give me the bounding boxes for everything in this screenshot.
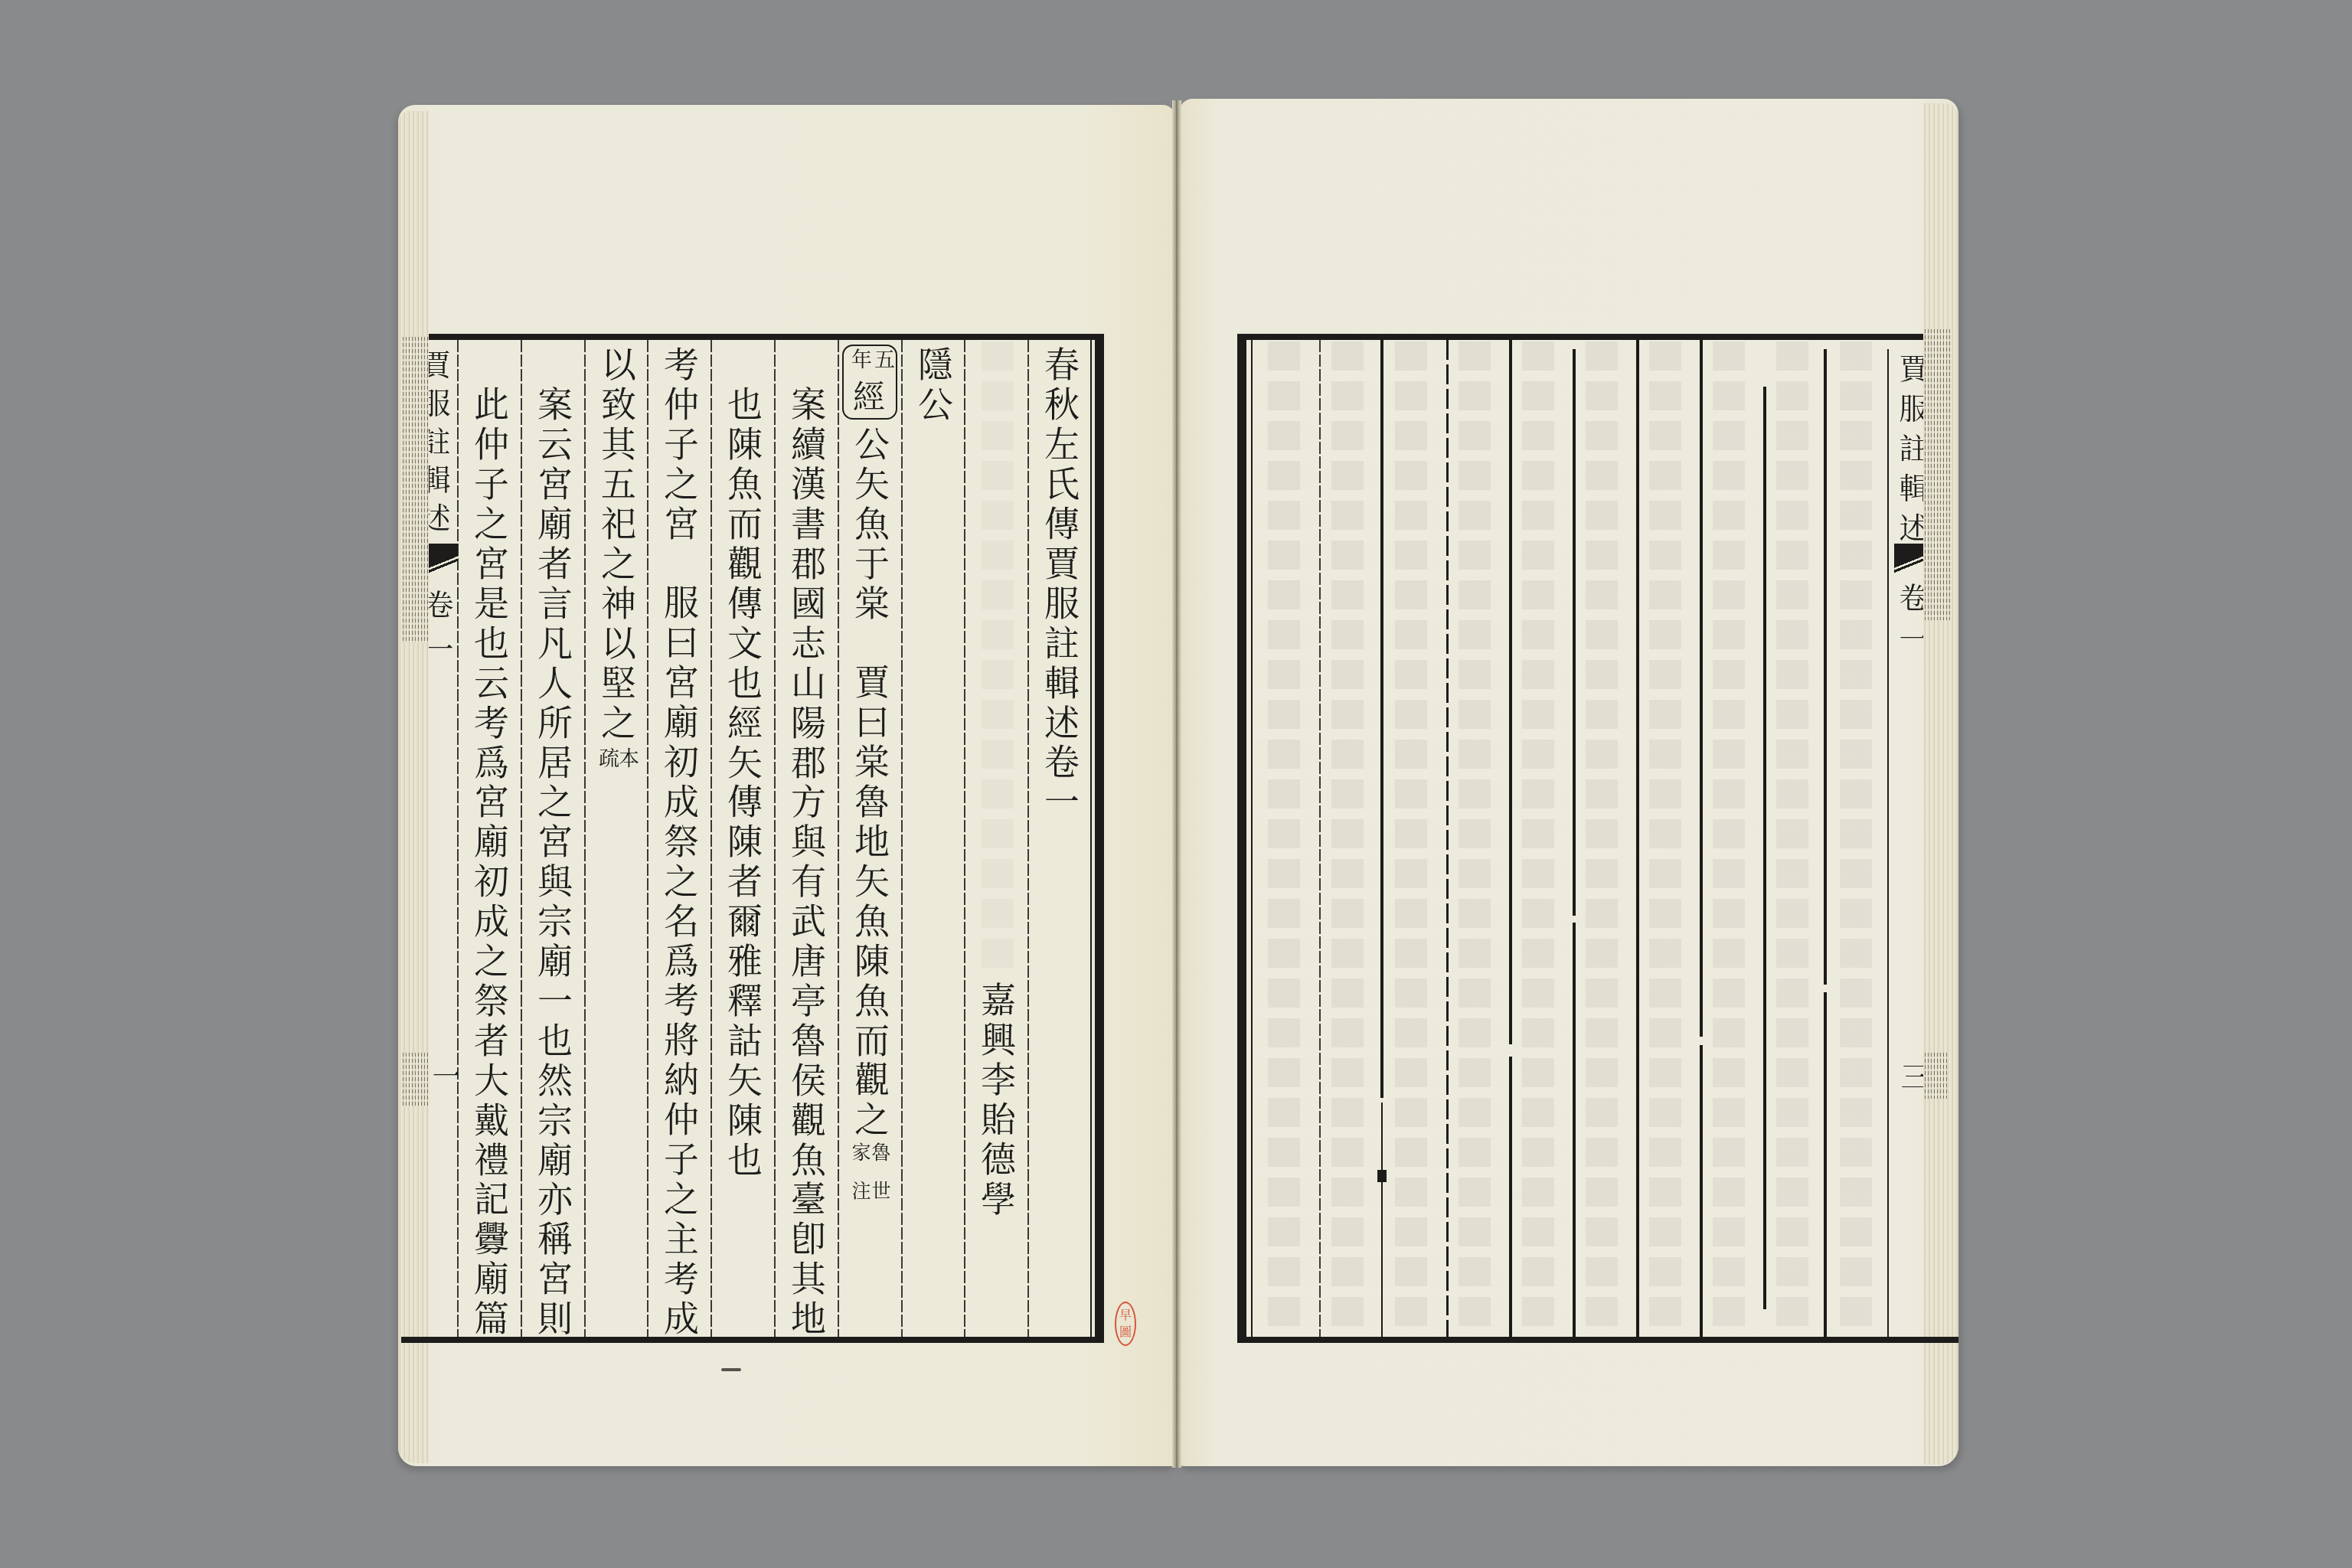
source-note: 魯世家注	[850, 1142, 890, 1220]
column-rule	[774, 340, 776, 1337]
left-stack-ink-edge-lower	[403, 1053, 429, 1106]
ink-mark	[721, 1368, 741, 1371]
column-rule	[1573, 349, 1576, 916]
left-page-stack-edge	[398, 111, 429, 1463]
column-rule	[1700, 1045, 1703, 1337]
column-rule	[584, 340, 586, 1337]
column-rule	[710, 340, 712, 1337]
fold-leaf-number: 一	[429, 1061, 458, 1090]
right-frame-bottom	[1237, 1337, 1958, 1343]
column-rule	[1446, 340, 1449, 1337]
seal-char: 早	[1119, 1307, 1132, 1324]
left-fold-margin: 賈服註輯述 卷一 一	[429, 341, 458, 1337]
right-page-stack-edge	[1923, 103, 1958, 1465]
right-frame-top	[1237, 334, 1923, 340]
commentary-line: 賈曰棠魯地矢魚陳魚而觀之	[850, 664, 890, 1141]
right-stack-ink-edge	[1925, 329, 1952, 620]
right-frame-inner-line	[1251, 340, 1253, 1337]
column-rule	[1509, 1057, 1512, 1337]
fold-book-title: 賈服註輯述	[1896, 354, 1923, 553]
source-note: 本疏	[596, 747, 636, 778]
column-rule	[1636, 340, 1639, 1337]
label-year: 五年	[848, 348, 893, 373]
right-fold-margin: 賈服註輯述 卷一 三	[1894, 341, 1923, 1337]
commentary-line: 案云宮廟者言凡人所居之宮與宗廟一也然宗廟亦稱宮則	[533, 386, 573, 1340]
column-rule	[1573, 923, 1576, 1337]
fold-book-title: 賈服註輯述	[429, 350, 449, 541]
rule-ornament	[1377, 1170, 1387, 1182]
fold-leaf-number: 三	[1897, 1061, 1923, 1090]
column-rule	[647, 340, 648, 1337]
book-title-heading: 春秋左氏傳賈服註輯述卷一	[1040, 346, 1080, 823]
right-frame-left	[1237, 334, 1246, 1343]
column-rule	[1824, 992, 1827, 1337]
commentary-line: 案續漢書郡國志山陽郡方與有武唐亭魯侯觀魚臺卽其地	[786, 386, 826, 1340]
column-rule	[964, 340, 965, 1337]
left-frame-right	[1095, 334, 1104, 1343]
left-showthrough-texture	[966, 341, 1027, 969]
collector-seal: 早 圖	[1115, 1302, 1136, 1346]
fold-juan: 卷一	[1896, 583, 1923, 665]
classic-text-line: 考仲子之宮	[659, 346, 699, 545]
label-section: 經	[853, 380, 885, 415]
column-rule	[1509, 340, 1512, 1044]
left-frame-top	[429, 334, 1104, 340]
column-rule	[1380, 340, 1383, 1098]
column-rule	[1763, 387, 1766, 1309]
right-showthrough-texture	[1253, 341, 1888, 1335]
fishtail-icon	[429, 545, 458, 577]
left-frame-inner-line	[1090, 340, 1092, 1337]
column-rule	[1824, 349, 1827, 985]
commentary-line: 此仲子之宮是也云考爲宮廟初成之祭者大戴禮記釁廟篇	[469, 386, 509, 1340]
classic-label-box: 五年 經	[842, 345, 897, 420]
column-rule	[1319, 340, 1321, 1337]
column-rule	[1027, 340, 1029, 1337]
classic-text-line: 公矢魚于棠	[850, 426, 890, 625]
column-rule	[901, 340, 903, 1337]
column-rule	[838, 340, 839, 1337]
chapter-heading: 隱公	[913, 346, 953, 426]
left-stack-ink-edge	[403, 337, 429, 643]
fold-margin-rule	[1887, 349, 1889, 1337]
column-rule	[1700, 340, 1703, 1037]
seal-char: 圖	[1119, 1324, 1132, 1341]
fold-juan: 卷一	[429, 590, 452, 678]
book-gutter	[1172, 100, 1181, 1468]
commentary-line: 以致其五祀之神以堅之	[596, 346, 636, 743]
right-stack-ink-edge-lower	[1925, 1053, 1948, 1099]
column-rule	[1381, 1102, 1383, 1337]
commentary-line: 服曰宮廟初成祭之名爲考將納仲子之主考成	[659, 584, 699, 1339]
commentary-line: 也陳魚而觀傳文也經矢傳陳者爾雅釋詁矢陳也	[723, 386, 763, 1181]
compiler-line: 嘉興李貽德學	[976, 982, 1016, 1220]
fishtail-icon	[1894, 545, 1923, 577]
column-rule	[521, 340, 522, 1337]
